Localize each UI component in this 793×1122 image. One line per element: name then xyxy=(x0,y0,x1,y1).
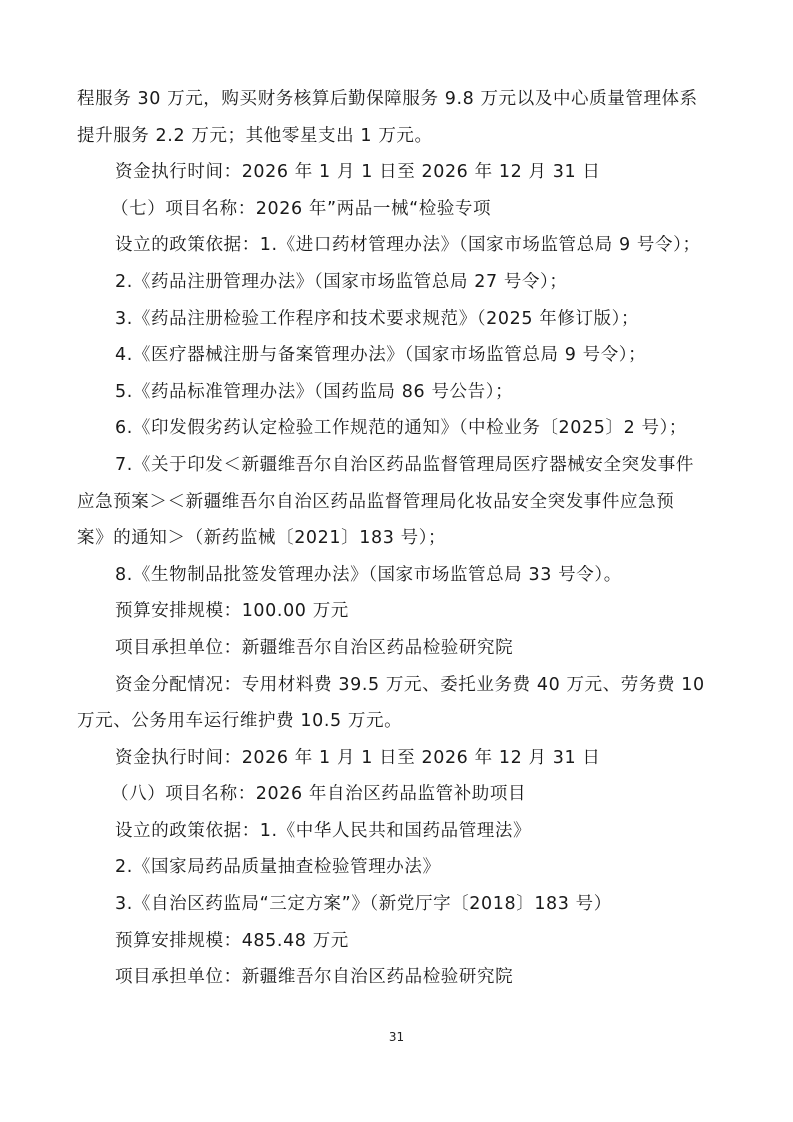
fund-allocation-continued: 万元、公务用车运行维护费 10.5 万元。 xyxy=(77,703,717,740)
execution-time-line: 资金执行时间：2026 年 1 月 1 日至 2026 年 12 月 31 日 xyxy=(77,740,717,777)
policy-item: 3.《自治区药监局“三定方案”》（新党厅字〔2018〕183 号） xyxy=(77,886,717,923)
policy-item: 5.《药品标准管理办法》（国药监局 86 号公告）； xyxy=(77,374,717,411)
project-heading-8: （八）项目名称：2026 年自治区药品监管补助项目 xyxy=(77,776,717,813)
body-text: 程服务 30 万元，购买财务核算后勤保障服务 9.8 万元以及中心质量管理体系 … xyxy=(77,81,717,996)
fund-allocation-line: 资金分配情况：专用材料费 39.5 万元、委托业务费 40 万元、劳务费 10 xyxy=(77,667,717,704)
responsible-unit-line: 项目承担单位：新疆维吾尔自治区药品检验研究院 xyxy=(77,959,717,996)
budget-scale-line: 预算安排规模：100.00 万元 xyxy=(77,593,717,630)
policy-item: 3.《药品注册检验工作程序和技术要求规范》（2025 年修订版）； xyxy=(77,301,717,338)
budget-scale-line: 预算安排规模：485.48 万元 xyxy=(77,923,717,960)
policy-basis-line: 设立的政策依据：1.《进口药材管理办法》（国家市场监管总局 9 号令）； xyxy=(77,227,717,264)
execution-time-line: 资金执行时间：2026 年 1 月 1 日至 2026 年 12 月 31 日 xyxy=(77,154,717,191)
project-heading-7: （七）项目名称：2026 年”两品一械“检验专项 xyxy=(77,191,717,228)
policy-item: 4.《医疗器械注册与备案管理办法》（国家市场监管总局 9 号令）； xyxy=(77,337,717,374)
policy-item: 6.《印发假劣药认定检验工作规范的通知》（中检业务〔2025〕2 号）； xyxy=(77,410,717,447)
policy-item: 7.《关于印发＜新疆维吾尔自治区药品监督管理局医疗器械安全突发事件 xyxy=(77,447,717,484)
paragraph-line: 提升服务 2.2 万元；其他零星支出 1 万元。 xyxy=(77,118,717,155)
page-number: 31 xyxy=(0,1030,793,1044)
policy-item: 8.《生物制品批签发管理办法》（国家市场监管总局 33 号令）。 xyxy=(77,557,717,594)
responsible-unit-line: 项目承担单位：新疆维吾尔自治区药品检验研究院 xyxy=(77,630,717,667)
policy-item: 2.《药品注册管理办法》（国家市场监管总局 27 号令）； xyxy=(77,264,717,301)
paragraph-line: 程服务 30 万元，购买财务核算后勤保障服务 9.8 万元以及中心质量管理体系 xyxy=(77,81,717,118)
policy-item: 2.《国家局药品质量抽查检验管理办法》 xyxy=(77,849,717,886)
policy-item-continued: 应急预案＞＜新疆维吾尔自治区药品监督管理局化妆品安全突发事件应急预 xyxy=(77,484,717,521)
policy-item-continued: 案》的通知＞（新药监械〔2021〕183 号）； xyxy=(77,520,717,557)
policy-basis-line: 设立的政策依据：1.《中华人民共和国药品管理法》 xyxy=(77,813,717,850)
document-page: 程服务 30 万元，购买财务核算后勤保障服务 9.8 万元以及中心质量管理体系 … xyxy=(0,0,793,1122)
